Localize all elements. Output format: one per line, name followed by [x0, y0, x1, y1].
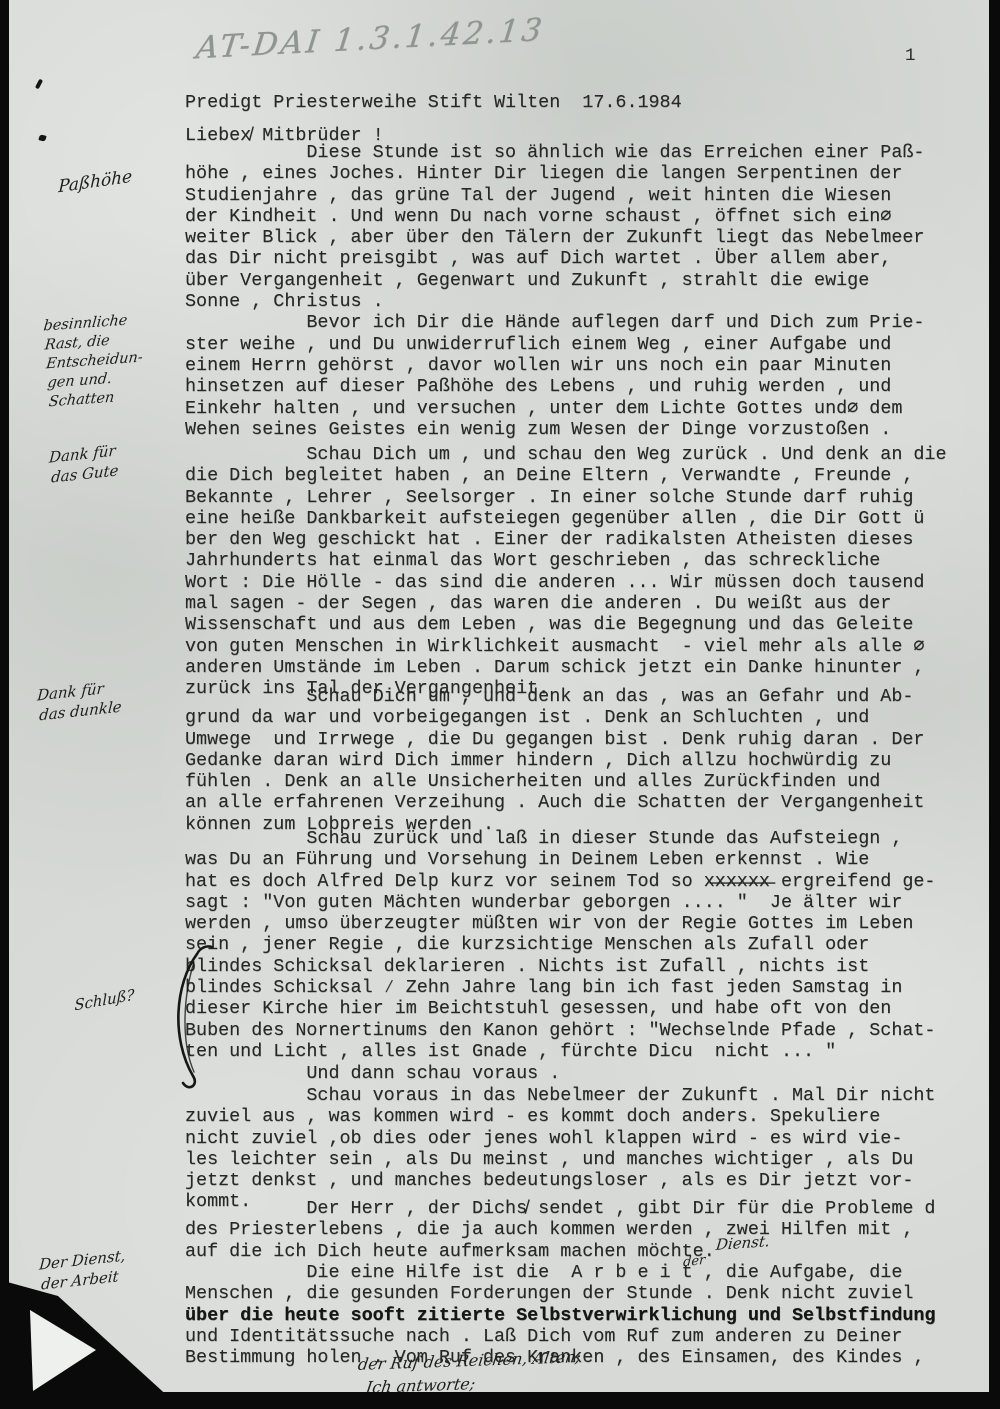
- typed-line: Wort : Die Hölle - das sind die anderen …: [185, 572, 947, 593]
- paragraph-zwei-hilfen: Der Herr , der Dichs̸ sendet , gibt Dir …: [185, 1198, 935, 1262]
- margin-note-passhoehe: Paßhöhe: [57, 167, 133, 197]
- typed-line: grund da war und vorbeigegangen ist . De…: [185, 707, 924, 728]
- typed-line: Diese Stunde ist so ähnlich wie das Erre…: [185, 142, 924, 163]
- typed-line: Wehen seines Geistes ein wenig zum Wesen…: [185, 419, 924, 440]
- typed-line: Sonne , Christus .: [185, 291, 924, 312]
- typed-line: Gedanke daran wird Dich immer hindern , …: [185, 750, 924, 771]
- typed-line: hinsetzen auf dieser Paßhöhe des Lebens …: [185, 376, 924, 397]
- archive-code-pencil: AT-DAI 1.3.1.42.13: [195, 13, 545, 65]
- paragraph-fuehrung-vorsehung: Schau zurück und laß in dieser Stunde da…: [185, 828, 935, 1062]
- typed-line: einem Herrn gehörst , davor wollen wir u…: [185, 355, 924, 376]
- typed-line: Schau Dich um , und denk an das , was an…: [185, 686, 924, 707]
- typed-line: Bekannte , Lehrer , Seelsorger . In eine…: [185, 487, 947, 508]
- handwriting-line: der: [683, 1254, 706, 1271]
- typed-line: jetzt denkst , und manches bedeutungslos…: [185, 1170, 935, 1191]
- typed-line: von guten Menschen in Wirklichkeit ausma…: [185, 636, 947, 657]
- typed-line: Schau Dich um , und schau den Weg zurück…: [185, 444, 947, 465]
- paragraph-dank-das-gute: Schau Dich um , und schau den Weg zurück…: [185, 444, 947, 700]
- typed-line: Schau zurück und laß in dieser Stunde da…: [185, 828, 935, 849]
- margin-note-dank-das-gute: Dank fürdas Gute: [48, 441, 119, 488]
- typed-line: des Priesterlebens , die ja auch kommen …: [185, 1219, 935, 1240]
- paragraph-passhoehe-and-einkehr: Diese Stunde ist so ähnlich wie das Erre…: [185, 142, 924, 440]
- typed-line: Und dann schau voraus .: [185, 1063, 560, 1084]
- typed-line: Die eine Hilfe ist die A r b e i t , die…: [185, 1262, 935, 1283]
- page-number: 1: [905, 46, 916, 66]
- margin-note-besinnliche-rast: besinnlicheRast, dieEntscheidun-gen und.…: [43, 311, 146, 413]
- typed-line: sein , jener Regie , die kurzsichtige Me…: [185, 934, 935, 955]
- scan-edge-right: [989, 0, 1000, 1409]
- ink-dot: [38, 134, 46, 142]
- margin-note-dank-das-dunkle: Dank fürdas dunkle: [36, 677, 122, 725]
- typed-line: Der Herr , der Dichs̸ sendet , gibt Dir …: [185, 1198, 935, 1219]
- typed-line: sagt : "Von guten Mächten wunderbar gebo…: [185, 892, 935, 913]
- typed-line: fühlen . Denk an alle Unsicherheiten und…: [185, 771, 924, 792]
- typed-line: dieser Kirche hier im Beichtstuhl gesess…: [185, 998, 935, 1019]
- page-corner-fold: [0, 1270, 200, 1409]
- handwriting-line: Paßhöhe: [58, 167, 132, 198]
- typed-line: Bevor ich Dir die Hände auflegen darf un…: [185, 312, 924, 333]
- line-und-dann-schau-voraus: Und dann schau voraus .: [185, 1063, 560, 1084]
- typed-line: und Identitätssuche nach . Laß Dich vom …: [185, 1326, 935, 1347]
- scanned-sermon-page: Predigt Priesterweihe Stift Wilten 17.6.…: [0, 0, 1000, 1409]
- typed-line: an alle erfahrenen Verzeihung . Auch die…: [185, 792, 924, 813]
- handwriting-line: Schluß?: [74, 985, 134, 1016]
- margin-brace-mark: [163, 942, 215, 1107]
- paragraph-dank-das-dunkle: Schau Dich um , und denk an das , was an…: [185, 686, 924, 835]
- typed-line: hat es doch Alfred Delp kurz vor seinem …: [185, 871, 935, 892]
- typed-line: werden , umso überzeugter müßten wir von…: [185, 913, 935, 934]
- typed-line: über die heute sooft zitierte Selbstverw…: [185, 1305, 935, 1326]
- typed-line: höhe , eines Joches. Hinter Dir liegen d…: [185, 163, 924, 184]
- typed-line: blindes Schicksal deklarieren . Nichts i…: [185, 956, 935, 977]
- typed-line: Wissenschaft und aus dem Leben , was die…: [185, 614, 947, 635]
- typed-line: eine heiße Dankbarkeit aufsteiegen gegen…: [185, 508, 947, 529]
- typed-line: Jahrhunderts hat einmal das Wort geschri…: [185, 550, 947, 571]
- typed-line: ten und Licht , alles ist Gnade , fürcht…: [185, 1041, 935, 1062]
- typed-line: zuviel aus , was kommen wird - es kommt …: [185, 1106, 935, 1127]
- typed-line: die Dich begleitet haben , an Deine Elte…: [185, 465, 947, 486]
- margin-note-schluss: Schluß?: [73, 985, 136, 1015]
- typed-line: Schau voraus in das Nebelmeer der Zukunf…: [185, 1085, 935, 1106]
- inline-insert-dienst: Dienst.: [716, 1233, 771, 1253]
- typed-line: Einkehr halten , und versuchen , unter d…: [185, 398, 924, 419]
- typed-line: nicht zuviel ,ob dies oder jenes wohl kl…: [185, 1128, 935, 1149]
- ink-dot: [35, 79, 43, 90]
- paragraph-nebelmeer-zukunft: Schau voraus in das Nebelmeer der Zukunf…: [185, 1085, 935, 1213]
- typed-line: über Vergangenheit , Gegenwart und Zukun…: [185, 270, 924, 291]
- typed-line: Buben des Nornertinums den Kanon gehört …: [185, 1020, 935, 1041]
- typed-line: Studienjahre , das grüne Tal der Jugend …: [185, 185, 924, 206]
- typed-line: Menschen , die gesunden Forderungen der …: [185, 1283, 935, 1304]
- typed-line: anderen Umstände im Leben . Darum schick…: [185, 657, 947, 678]
- typed-line: das Dir nicht preisgibt , was auf Dich w…: [185, 248, 924, 269]
- typed-line: ster weihe , und Du unwiderruflich einem…: [185, 334, 924, 355]
- handwriting-line: AT-DAI 1.3.1.42.13: [194, 13, 546, 66]
- typed-line: ber den Weg geschickt hat . Einer der ra…: [185, 529, 947, 550]
- document-title: Predigt Priesterweihe Stift Wilten 17.6.…: [185, 92, 682, 113]
- inline-insert-der: der: [682, 1254, 706, 1270]
- typed-line: Umwege und Irrwege , die Du gegangen bis…: [185, 729, 924, 750]
- scan-edge-left: [0, 0, 9, 1409]
- typed-line: weiter Blick , aber über den Tälern der …: [185, 227, 924, 248]
- typed-line: auf die ich Dich heute aufmerksam machen…: [185, 1241, 935, 1262]
- handwriting-line: Dienst.: [715, 1233, 770, 1253]
- typed-line: les leichter sein , als Du meinst , und …: [185, 1149, 935, 1170]
- typed-line: der Kindheit . Und wenn Du nach vorne sc…: [185, 206, 924, 227]
- typed-line: blindes Schicksal ⁄ Zehn Jahre lang bin …: [185, 977, 935, 998]
- typed-line: mal sagen - der Segen , das waren die an…: [185, 593, 947, 614]
- typed-line: was Du an Führung und Vorsehung in Deine…: [185, 849, 935, 870]
